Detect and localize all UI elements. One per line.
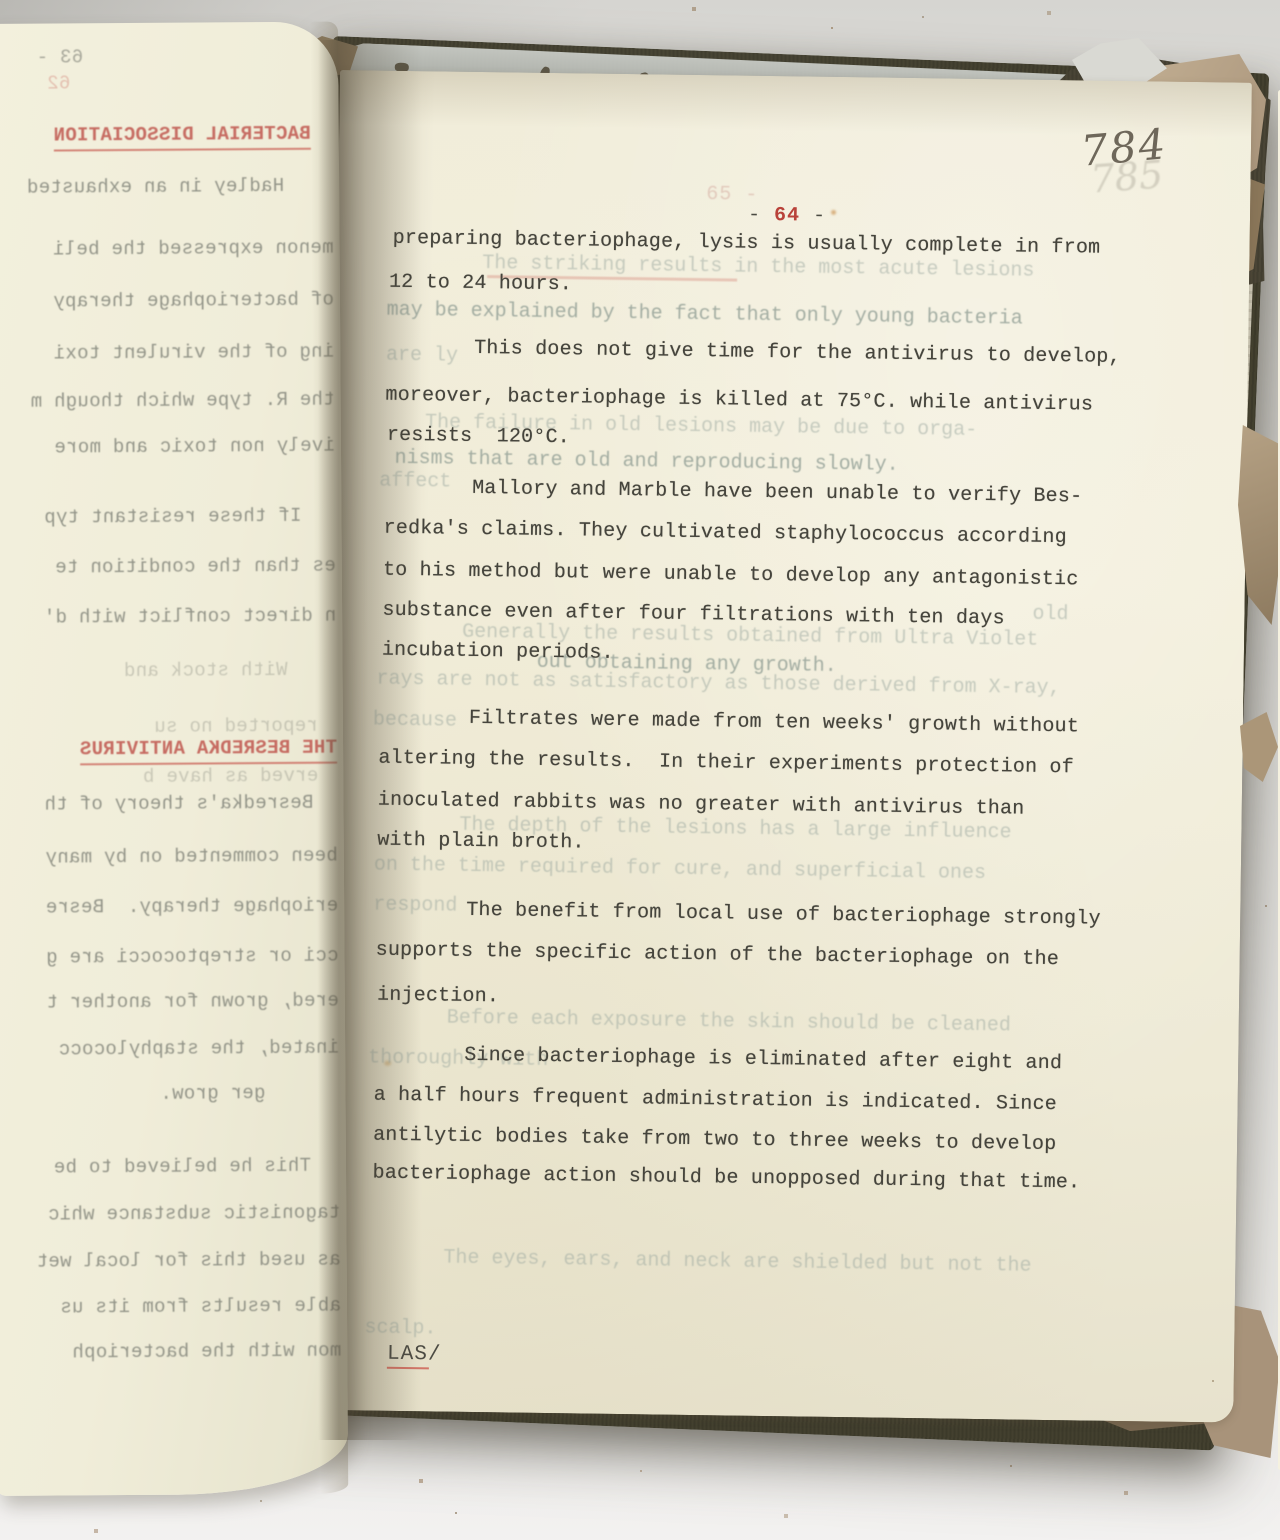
left-line: ered, grown for another t [46,989,339,1015]
typed-line: redka's claims. They cultivated staphylo… [383,516,1067,552]
left-line: as used this for local wet [36,1248,340,1274]
pencil-folio-ghost: 785 [1089,152,1165,201]
left-line: 63 - [36,45,83,69]
typed-line: The benefit from local use of bacterioph… [466,898,1101,933]
left-line: ively non toxic and more [54,434,335,460]
typed-line: incubation periods. [382,638,614,667]
ghost-line: may be explained by the fact that only y… [386,298,1022,333]
ghost-line: affect [379,469,451,496]
left-line: erved as have b [143,764,319,789]
ghost-line: respond [373,893,457,920]
left-line: ing of the virulent toxi [53,340,334,366]
left-line: tagonistic substance whic [48,1201,341,1227]
typed-line: Since bacteriophage is eliminated after … [464,1043,1062,1077]
left-line: inated, the staphylococc [58,1036,339,1062]
typed-line: to his method but were unable to develop… [383,558,1079,594]
left-line: been commented on by many [45,844,338,870]
typed-line: supports the specific action of the bact… [376,938,1060,974]
typist-initials: LAS/ [387,1343,442,1367]
left-line: BACTERIAL DISSOCIATION [53,122,311,152]
typed-line: bacteriophage action should be unopposed… [372,1161,1080,1197]
typed-line: a half hours frequent administration is … [374,1083,1058,1119]
left-line: THE BESREDKA ANTIVIRUS [80,736,338,766]
left-line: Hadley in an exhausted [27,174,285,200]
manuscript-page: - 64 - 65 - 784 785 The striking results… [321,70,1252,1423]
typed-line: Mallory and Marble have been unable to v… [472,476,1082,511]
foxing-spot [831,210,836,215]
page-number-ghost: 65 - [706,183,758,207]
manuscript-photo: - 64 - 65 - 784 785 The striking results… [0,0,1280,1540]
left-line: ger grow. [160,1081,265,1106]
ghost-line: rays are not as satisfactory as those de… [376,667,1060,703]
mirrored-bleedthrough-text: 63 -62BACTERIAL DISSOCIATIONHadley in an… [0,22,348,1496]
ghost-line: old [1032,602,1068,629]
typed-line: This does not give time for the antiviru… [474,336,1121,371]
left-line: n direct conflict with d' [44,604,337,630]
ghost-line: are ly [386,343,458,370]
left-line: menon expressed the beli [53,236,334,262]
ghost-line: scalp. [364,1315,436,1342]
ghost-line: because [373,708,457,735]
ghost-line: The eyes, ears, and neck are shielded bu… [443,1246,1031,1280]
left-line: mon with the bacterioph [72,1339,341,1365]
left-line: able results from its us [60,1294,341,1320]
ghost-line: nisms that are old and reproducing slowl… [394,446,898,479]
page-number: 64 [774,204,800,227]
left-line: This he believed to be [53,1154,311,1180]
ghost-line: on the time required for cure, and super… [374,853,986,888]
left-line: eriophage therapy. Besre [46,894,339,920]
left-line: Besredka's theory of th [44,791,313,817]
left-line: es than the condition te [55,554,336,580]
header-dash: - [748,204,774,227]
dust-specks [0,0,2,2]
typed-line: antilytic bodies take from two to three … [373,1123,1057,1159]
typed-line: resists 120°C. [387,423,570,452]
typed-line: Filtrates were made from ten weeks' grow… [469,706,1079,741]
left-line: cci or streptococci are g [46,944,339,970]
left-line: of bacteriophage therapy [53,288,334,314]
left-line: With stock and [124,658,288,683]
verso-page: 63 -62BACTERIAL DISSOCIATIONHadley in an… [0,22,348,1496]
header-dash: - [800,204,826,227]
left-line: If these resistant typ [44,504,302,530]
torn-paper [1240,712,1278,782]
left-line: 62 [47,71,71,95]
typed-line: altering the results. In their experimen… [378,746,1074,782]
typed-line: with plain broth. [377,828,585,857]
typed-line: 12 to 24 hours. [389,270,572,299]
typed-line: injection. [377,983,499,1011]
left-line: the R. type which though m [30,388,334,414]
ghost-line: Before each exposure the skin should be … [447,1006,1011,1040]
